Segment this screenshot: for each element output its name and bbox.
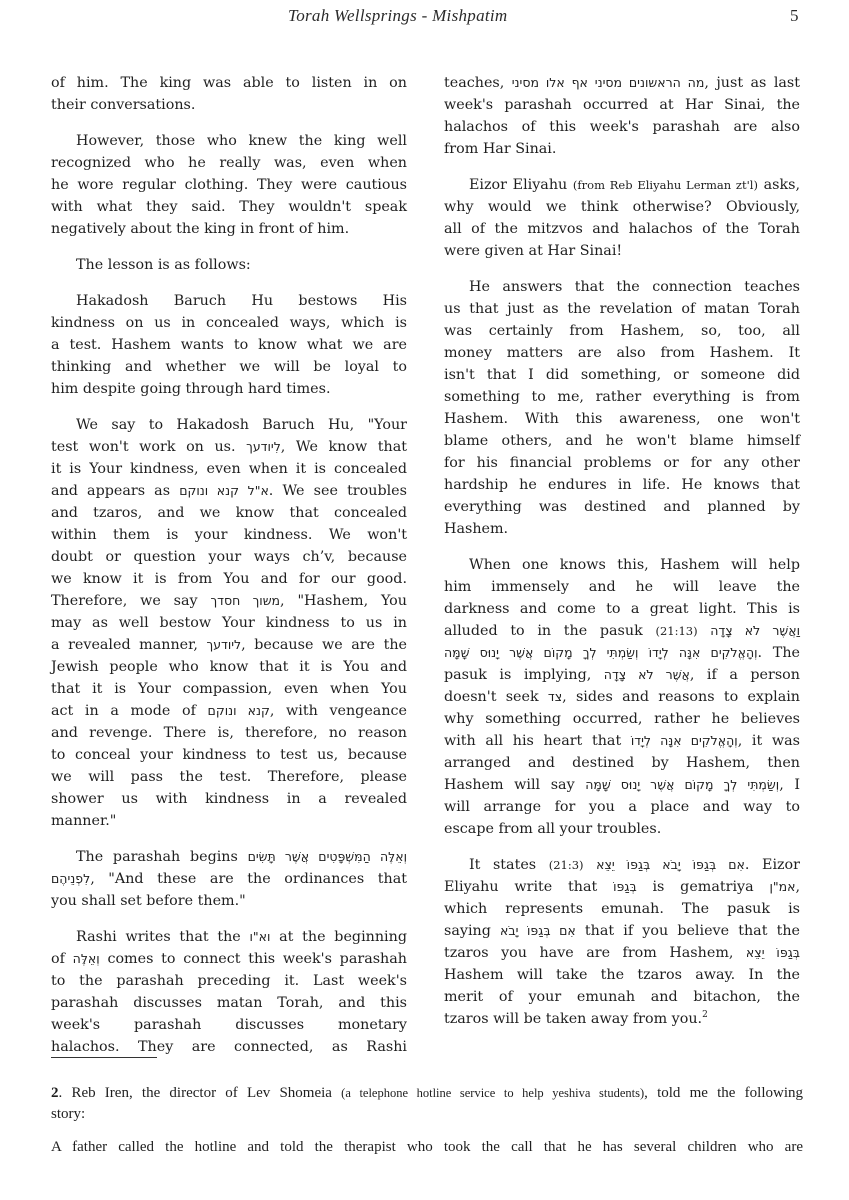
text-line: halachos of this week's parashah are als… — [444, 116, 800, 138]
text-line: everything was destined and planned by — [444, 496, 800, 518]
book-page: Torah Wellsprings - Mishpatim 5 of him. … — [0, 0, 849, 1200]
text-line: Therefore, we say משוך חסדך, "Hashem, Yo… — [51, 590, 407, 612]
hebrew-text: וַאֲשֶׁר לֹא צָדָה — [710, 623, 800, 638]
text-line: of him. The king was able to listen in o… — [51, 72, 407, 94]
text-line: were given at Har Sinai! — [444, 240, 800, 262]
text-line: him immensely and he will leave the — [444, 576, 800, 598]
text-line: within them is your kindness. We won't — [51, 524, 407, 546]
text-line: all of the mitzvos and halachos of the T… — [444, 218, 800, 240]
text-line: Hashem. With this awareness, one won't — [444, 408, 800, 430]
text-line: was certainly from Hashem, so, too, all — [444, 320, 800, 342]
hebrew-text: א"ל קנא ונוקם — [179, 483, 269, 498]
text-line: test won't work on us. לִיודעך, We know … — [51, 436, 407, 458]
text-line: of וְאֵלֶּה comes to connect this week's… — [51, 948, 407, 970]
hebrew-text: צד — [548, 689, 562, 704]
text-line: their conversations. — [51, 94, 407, 116]
footnote-number: 2 — [51, 1085, 59, 1101]
hebrew-text: וְהָאֱלֹקִים אִנָּה לְיָדוֹ — [631, 733, 738, 748]
text-line: week's parashah occurred at Har Sinai, t… — [444, 94, 800, 116]
hebrew-text: משוך חסדך — [210, 593, 280, 608]
text-line: manner." — [51, 810, 407, 832]
text-line: merit of your emunah and bitachon, the — [444, 986, 800, 1008]
text-line: tzaros you have are from Hashem, בְּגַפּ… — [444, 942, 800, 964]
text-line: you shall set before them." — [51, 890, 407, 912]
text-line: Rashi writes that the וא"ו at the beginn… — [51, 926, 407, 948]
text-line: Eizor Eliyahu (from Reb Eliyahu Lerman z… — [444, 174, 800, 196]
text-line: and revenge. There is, therefore, no rea… — [51, 722, 407, 744]
hebrew-text: וְאֵלֶּה — [73, 951, 100, 966]
text-line: shower us with kindness in a revealed — [51, 788, 407, 810]
text-line: why would we think otherwise? Obviously, — [444, 196, 800, 218]
text-line: he wore regular clothing. They were caut… — [51, 174, 407, 196]
text-line: Eliyahu write that בְּגַפּוֹ is gematriy… — [444, 876, 800, 898]
text-line: that it is Your compassion, even when Yo… — [51, 678, 407, 700]
text-line: We say to Hakadosh Baruch Hu, "Your — [51, 414, 407, 436]
verse-reference: (21:3) — [549, 858, 584, 872]
text-line: The lesson is as follows: — [51, 254, 407, 276]
text-line: money matters are also from Hashem. It — [444, 342, 800, 364]
text-line: It states (21:3) אִם בְּגַפּוֹ יָבֹא בְּ… — [444, 854, 800, 876]
text-line: with what they said. They wouldn't speak — [51, 196, 407, 218]
text-line: teaches, מה הראשונים מסיני אף אלו מסיני,… — [444, 72, 800, 94]
text-line: However, those who knew the king well — [51, 130, 407, 152]
text-line: to the parashah preceding it. Last week'… — [51, 970, 407, 992]
text-line: him despite going through hard times. — [51, 378, 407, 400]
paragraph: of him. The king was able to listen in o… — [51, 72, 407, 116]
text-line: לִפְנֵיהֶם, "And these are the ordinance… — [51, 868, 407, 890]
text-line: thinking and whether we will be loyal to — [51, 356, 407, 378]
text-line: isn't that I did something, or someone d… — [444, 364, 800, 386]
text-line: from Har Sinai. — [444, 138, 800, 160]
text-line: negatively about the king in front of hi… — [51, 218, 407, 240]
source-citation: (from Reb Eliyahu Lerman zt'l) — [573, 178, 758, 192]
text-line: kindness on us in concealed ways, which … — [51, 312, 407, 334]
hebrew-text: אִם בְּגַפּוֹ יָבֹא בְּגַפּוֹ יֵצֵא — [596, 857, 745, 872]
paragraph: However, those who knew the king well re… — [51, 130, 407, 240]
hebrew-text: קנא ונוקם — [208, 703, 270, 718]
footnote-line: story: — [51, 1104, 803, 1125]
text-line: darkness and come to a great light. This… — [444, 598, 800, 620]
text-line: Hashem will say וְשַׂמְתִּי לְךָ מָקוֹם … — [444, 774, 800, 796]
paragraph: It states (21:3) אִם בְּגַפּוֹ יָבֹא בְּ… — [444, 854, 800, 1030]
text-line: escape from all your troubles. — [444, 818, 800, 840]
text-line: hardship he endures in life. He knows th… — [444, 474, 800, 496]
hebrew-text: בְּגַפּוֹ — [613, 879, 637, 894]
text-line: week's parashah discusses monetary — [51, 1014, 407, 1036]
text-line: we will pass the test. Therefore, please — [51, 766, 407, 788]
paragraph: He answers that the connection teaches u… — [444, 276, 800, 540]
hebrew-text: וא"ו — [250, 929, 271, 944]
text-line: act in a mode of קנא ונוקם, with vengean… — [51, 700, 407, 722]
text-line: parashah discusses matan Torah, and this — [51, 992, 407, 1014]
text-line: halachos. They are connected, as Rashi — [51, 1036, 407, 1058]
text-line: it is Your kindness, even when it is con… — [51, 458, 407, 480]
text-line: and appears as א"ל קנא ונוקם. We see tro… — [51, 480, 407, 502]
text-line: alluded to in the pasuk (21:13) וַאֲשֶׁר… — [444, 620, 800, 642]
text-line: us that just as the revelation of matan … — [444, 298, 800, 320]
text-line: which represents emunah. The pasuk is — [444, 898, 800, 920]
hebrew-text: מה הראשונים מסיני אף אלו מסיני — [512, 75, 705, 90]
text-line: pasuk is implying, אֲשֶׁר לֹא צָדָה, if … — [444, 664, 800, 686]
text-line: a test. Hashem wants to know what we are — [51, 334, 407, 356]
hebrew-text: לִיודעך — [246, 439, 281, 454]
text-line: why something occurred, rather he believ… — [444, 708, 800, 730]
text-line: for his financial problems or for any ot… — [444, 452, 800, 474]
text-line: Hakadosh Baruch Hu bestows His — [51, 290, 407, 312]
text-line: a revealed manner, ליודעך, because we ar… — [51, 634, 407, 656]
paragraph: Rashi writes that the וא"ו at the beginn… — [51, 926, 407, 1058]
text-line: When one knows this, Hashem will help — [444, 554, 800, 576]
hebrew-text: אֲשֶׁר לֹא צָדָה — [604, 667, 690, 682]
paragraph: We say to Hakadosh Baruch Hu, "Your test… — [51, 414, 407, 832]
footnote-aside: (a telephone hotline service to help yes… — [341, 1086, 644, 1100]
footnote-separator — [51, 1057, 157, 1058]
hebrew-text: וְאֵלֶּה הַמִּשְׁפָּטִים אֲשֶׁר תָּשִׂים — [248, 849, 407, 864]
paragraph: Hakadosh Baruch Hu bestows His kindness … — [51, 290, 407, 400]
footnote-line: 2. Reb Iren, the director of Lev Shomeia… — [51, 1083, 803, 1104]
left-column: of him. The king was able to listen in o… — [51, 72, 407, 1058]
text-line: doubt or question your ways ch’v, becaus… — [51, 546, 407, 568]
paragraph: When one knows this, Hashem will help hi… — [444, 554, 800, 840]
text-line: וְהָאֱלֹקִים אִנָּה לְיָדוֹ וְשַׂמְתִּי … — [444, 642, 800, 664]
paragraph: teaches, מה הראשונים מסיני אף אלו מסיני,… — [444, 72, 800, 160]
text-line: The parashah begins וְאֵלֶּה הַמִּשְׁפָּ… — [51, 846, 407, 868]
text-line: doesn't seek צד, sides and reasons to ex… — [444, 686, 800, 708]
footnote-line: A father called the hotline and told the… — [51, 1137, 803, 1158]
hebrew-text: וְהָאֱלֹקִים אִנָּה לְיָדוֹ וְשַׂמְתִּי … — [444, 645, 758, 660]
text-line: will arrange for you a place and way to — [444, 796, 800, 818]
hebrew-text: וְשַׂמְתִּי לְךָ מָקוֹם אֲשֶׁר יָנוּס שָ… — [585, 777, 779, 792]
page-number: 5 — [790, 6, 799, 26]
text-line: and tzaros, and we know that concealed — [51, 502, 407, 524]
text-line: saying אִם בְּגַפּוֹ יָבֹא that if you b… — [444, 920, 800, 942]
hebrew-text: אִם בְּגַפּוֹ יָבֹא — [500, 923, 576, 938]
hebrew-text: לִפְנֵיהֶם — [51, 871, 90, 886]
text-line: arranged and destined by Hashem, then — [444, 752, 800, 774]
text-line: blame others, and he won't blame himself — [444, 430, 800, 452]
paragraph: Eizor Eliyahu (from Reb Eliyahu Lerman z… — [444, 174, 800, 262]
verse-reference: (21:13) — [655, 624, 697, 638]
text-line: Hashem will take the tzaros away. In the — [444, 964, 800, 986]
text-line: with all his heart that וְהָאֱלֹקִים אִנ… — [444, 730, 800, 752]
paragraph: The parashah begins וְאֵלֶּה הַמִּשְׁפָּ… — [51, 846, 407, 912]
hebrew-text: בְּגַפּוֹ יֵצֵא — [746, 945, 800, 960]
text-line: something to me, rather everything is fr… — [444, 386, 800, 408]
right-column: teaches, מה הראשונים מסיני אף אלו מסיני,… — [444, 72, 800, 1030]
text-line: may as well bestow Your kindness to us i… — [51, 612, 407, 634]
hebrew-text: ליודעך — [206, 637, 241, 652]
text-line: to conceal your kindness to test us, bec… — [51, 744, 407, 766]
text-line: He answers that the connection teaches — [444, 276, 800, 298]
text-line: tzaros will be taken away from you.2 — [444, 1008, 800, 1030]
text-line: recognized who he really was, even when — [51, 152, 407, 174]
hebrew-text: אמ"ן — [769, 879, 795, 894]
footnote-reference[interactable]: 2 — [702, 1010, 708, 1020]
text-line: Hashem. — [444, 518, 800, 540]
text-line: Jewish people who know that it is You an… — [51, 656, 407, 678]
paragraph: The lesson is as follows: — [51, 254, 407, 276]
running-title: Torah Wellsprings - Mishpatim — [288, 6, 508, 26]
text-line: we know it is from You and for our good. — [51, 568, 407, 590]
footnote: 2. Reb Iren, the director of Lev Shomeia… — [51, 1083, 803, 1158]
